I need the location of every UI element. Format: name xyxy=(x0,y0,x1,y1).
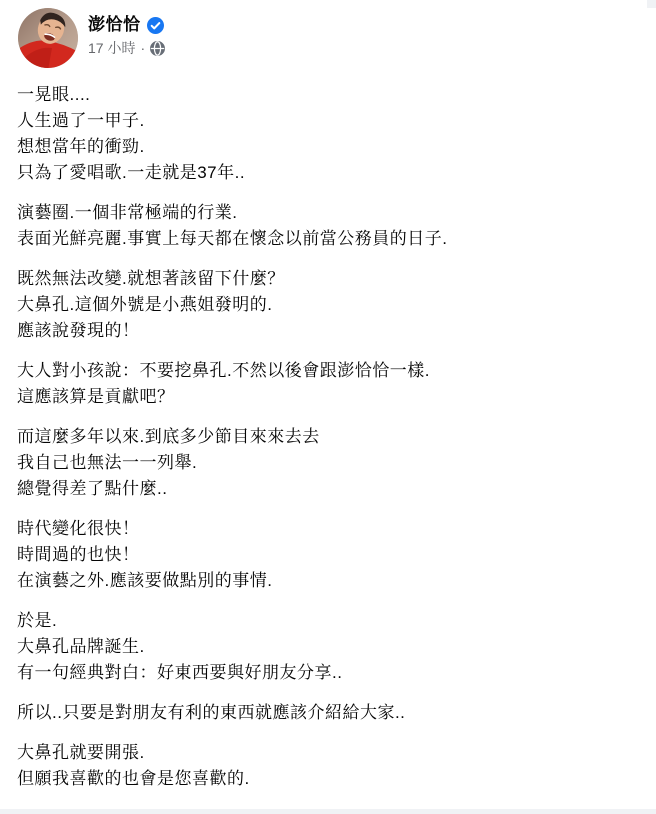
post-paragraph: 時代變化很快！時間過的也快！在演藝之外.應該要做點別的事情. xyxy=(17,516,642,594)
post-paragraph: 演藝圈.一個非常極端的行業.表面光鮮亮麗.事實上每天都在懷念以前當公務員的日子. xyxy=(17,200,642,252)
post-line: 時間過的也快！ xyxy=(17,542,642,568)
post-line: 想想當年的衝勁. xyxy=(17,134,642,160)
post-paragraph: 大人對小孩說：不要挖鼻孔.不然以後會跟澎恰恰一樣.這應該算是貢獻吧？ xyxy=(17,358,642,410)
post-line: 一晃眼.... xyxy=(17,82,642,108)
post-line: 既然無法改變.就想著該留下什麼？ xyxy=(17,266,642,292)
post-line: 於是. xyxy=(17,608,642,634)
post-line: 這應該算是貢獻吧？ xyxy=(17,384,642,410)
post-paragraph: 於是.大鼻孔品牌誕生.有一句經典對白：好東西要與好朋友分享.. xyxy=(17,608,642,686)
avatar[interactable] xyxy=(18,8,78,68)
post-line: 大鼻孔品牌誕生. xyxy=(17,634,642,660)
author-name[interactable]: 澎恰恰 xyxy=(88,14,141,36)
facebook-post: 澎恰恰 17 小時 · xyxy=(0,0,656,814)
avatar-photo xyxy=(18,8,78,68)
post-paragraph: 而這麼多年以來.到底多少節目來來去去我自己也無法一一列舉.總覺得差了點什麼.. xyxy=(17,424,642,502)
post-text: 一晃眼....人生過了一甲子.想想當年的衝勁.只為了愛唱歌.一走就是37年..演… xyxy=(17,82,642,806)
post-line: 所以..只要是對朋友有利的東西就應該介紹給大家.. xyxy=(17,700,642,726)
header-meta: 澎恰恰 17 小時 · xyxy=(88,8,165,58)
post-header: 澎恰恰 17 小時 · xyxy=(18,8,165,68)
post-line: 我自己也無法一一列舉. xyxy=(17,450,642,476)
post-line: 演藝圈.一個非常極端的行業. xyxy=(17,200,642,226)
verified-badge-icon xyxy=(147,17,164,34)
post-timestamp[interactable]: 17 小時 xyxy=(88,39,135,58)
dot-separator: · xyxy=(140,39,145,58)
post-line: 但願我喜歡的也會是您喜歡的. xyxy=(17,766,642,792)
post-line: 大人對小孩說：不要挖鼻孔.不然以後會跟澎恰恰一樣. xyxy=(17,358,642,384)
corner-fragment xyxy=(647,0,656,8)
post-line: 只為了愛唱歌.一走就是37年.. xyxy=(17,160,642,186)
post-line: 在演藝之外.應該要做點別的事情. xyxy=(17,568,642,594)
public-globe-icon xyxy=(150,41,165,56)
post-line: 總覺得差了點什麼.. xyxy=(17,476,642,502)
post-paragraph: 所以..只要是對朋友有利的東西就應該介紹給大家.. xyxy=(17,700,642,726)
post-paragraph: 大鼻孔就要開張.但願我喜歡的也會是您喜歡的. xyxy=(17,740,642,792)
post-line: 表面光鮮亮麗.事實上每天都在懷念以前當公務員的日子. xyxy=(17,226,642,252)
post-line: 大鼻孔.這個外號是小燕姐發明的. xyxy=(17,292,642,318)
post-line: 應該說發現的！ xyxy=(17,318,642,344)
post-line: 有一句經典對白：好東西要與好朋友分享.. xyxy=(17,660,642,686)
post-paragraph: 既然無法改變.就想著該留下什麼？大鼻孔.這個外號是小燕姐發明的.應該說發現的！ xyxy=(17,266,642,344)
post-line: 人生過了一甲子. xyxy=(17,108,642,134)
post-line: 大鼻孔就要開張. xyxy=(17,740,642,766)
post-paragraph: 一晃眼....人生過了一甲子.想想當年的衝勁.只為了愛唱歌.一走就是37年.. xyxy=(17,82,642,186)
bottom-divider xyxy=(0,809,656,814)
post-line: 而這麼多年以來.到底多少節目來來去去 xyxy=(17,424,642,450)
post-line: 時代變化很快！ xyxy=(17,516,642,542)
